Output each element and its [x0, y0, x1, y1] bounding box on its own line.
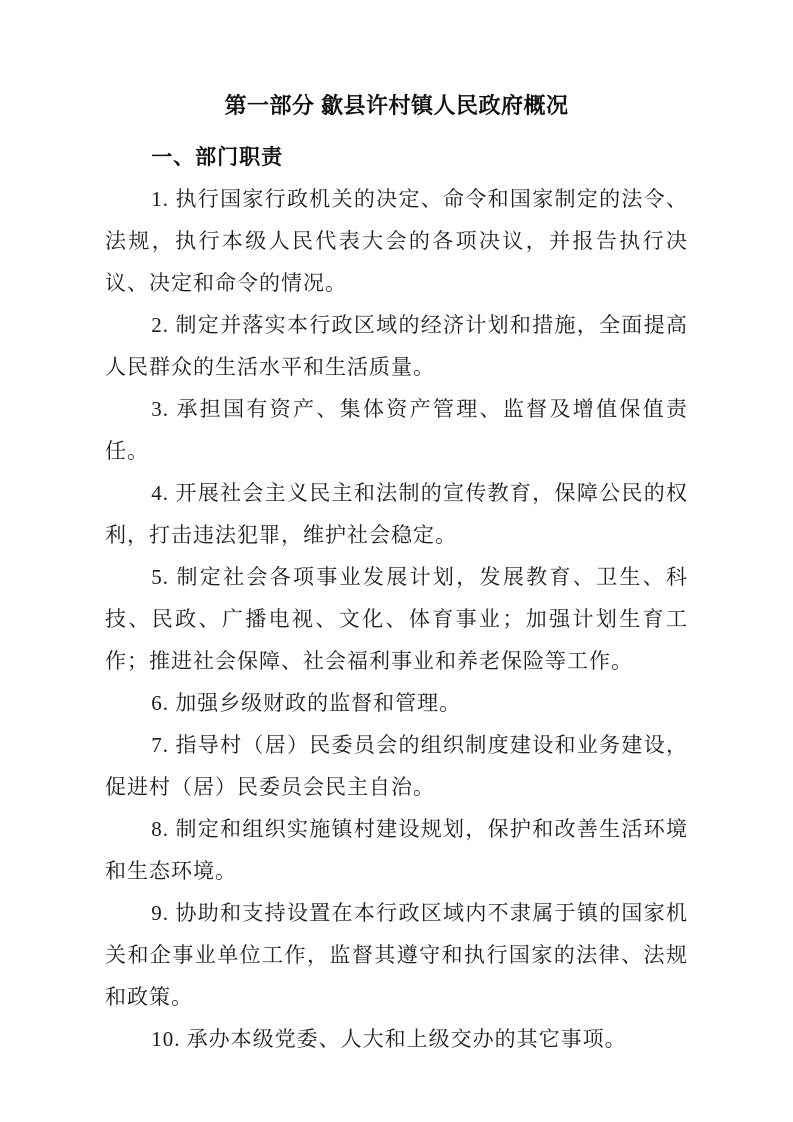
- paragraph-6: 6. 加强乡级财政的监督和管理。: [105, 682, 688, 724]
- document-body: 1. 执行国家行政机关的决定、命令和国家制定的法令、法规，执行本级人民代表大会的…: [105, 178, 688, 1060]
- paragraph-7: 7. 指导村（居）民委员会的组织制度建设和业务建设，促进村（居）民委员会民主自治…: [105, 724, 688, 808]
- paragraph-10: 10. 承办本级党委、人大和上级交办的其它事项。: [105, 1018, 688, 1060]
- page-title: 第一部分 歙县许村镇人民政府概况: [105, 90, 688, 122]
- paragraph-2: 2. 制定并落实本行政区域的经济计划和措施，全面提高人民群众的生活水平和生活质量…: [105, 304, 688, 388]
- paragraph-1: 1. 执行国家行政机关的决定、命令和国家制定的法令、法规，执行本级人民代表大会的…: [105, 178, 688, 304]
- paragraph-8: 8. 制定和组织实施镇村建设规划，保护和改善生活环境和生态环境。: [105, 808, 688, 892]
- paragraph-4: 4. 开展社会主义民主和法制的宣传教育，保障公民的权利，打击违法犯罪，维护社会稳…: [105, 472, 688, 556]
- document-page: 第一部分 歙县许村镇人民政府概况 一、部门职责 1. 执行国家行政机关的决定、命…: [0, 0, 793, 1122]
- section-heading: 一、部门职责: [105, 142, 688, 174]
- paragraph-5: 5. 制定社会各项事业发展计划，发展教育、卫生、科技、民政、广播电视、文化、体育…: [105, 556, 688, 682]
- paragraph-9: 9. 协助和支持设置在本行政区域内不隶属于镇的国家机关和企事业单位工作，监督其遵…: [105, 892, 688, 1018]
- paragraph-3: 3. 承担国有资产、集体资产管理、监督及增值保值责任。: [105, 388, 688, 472]
